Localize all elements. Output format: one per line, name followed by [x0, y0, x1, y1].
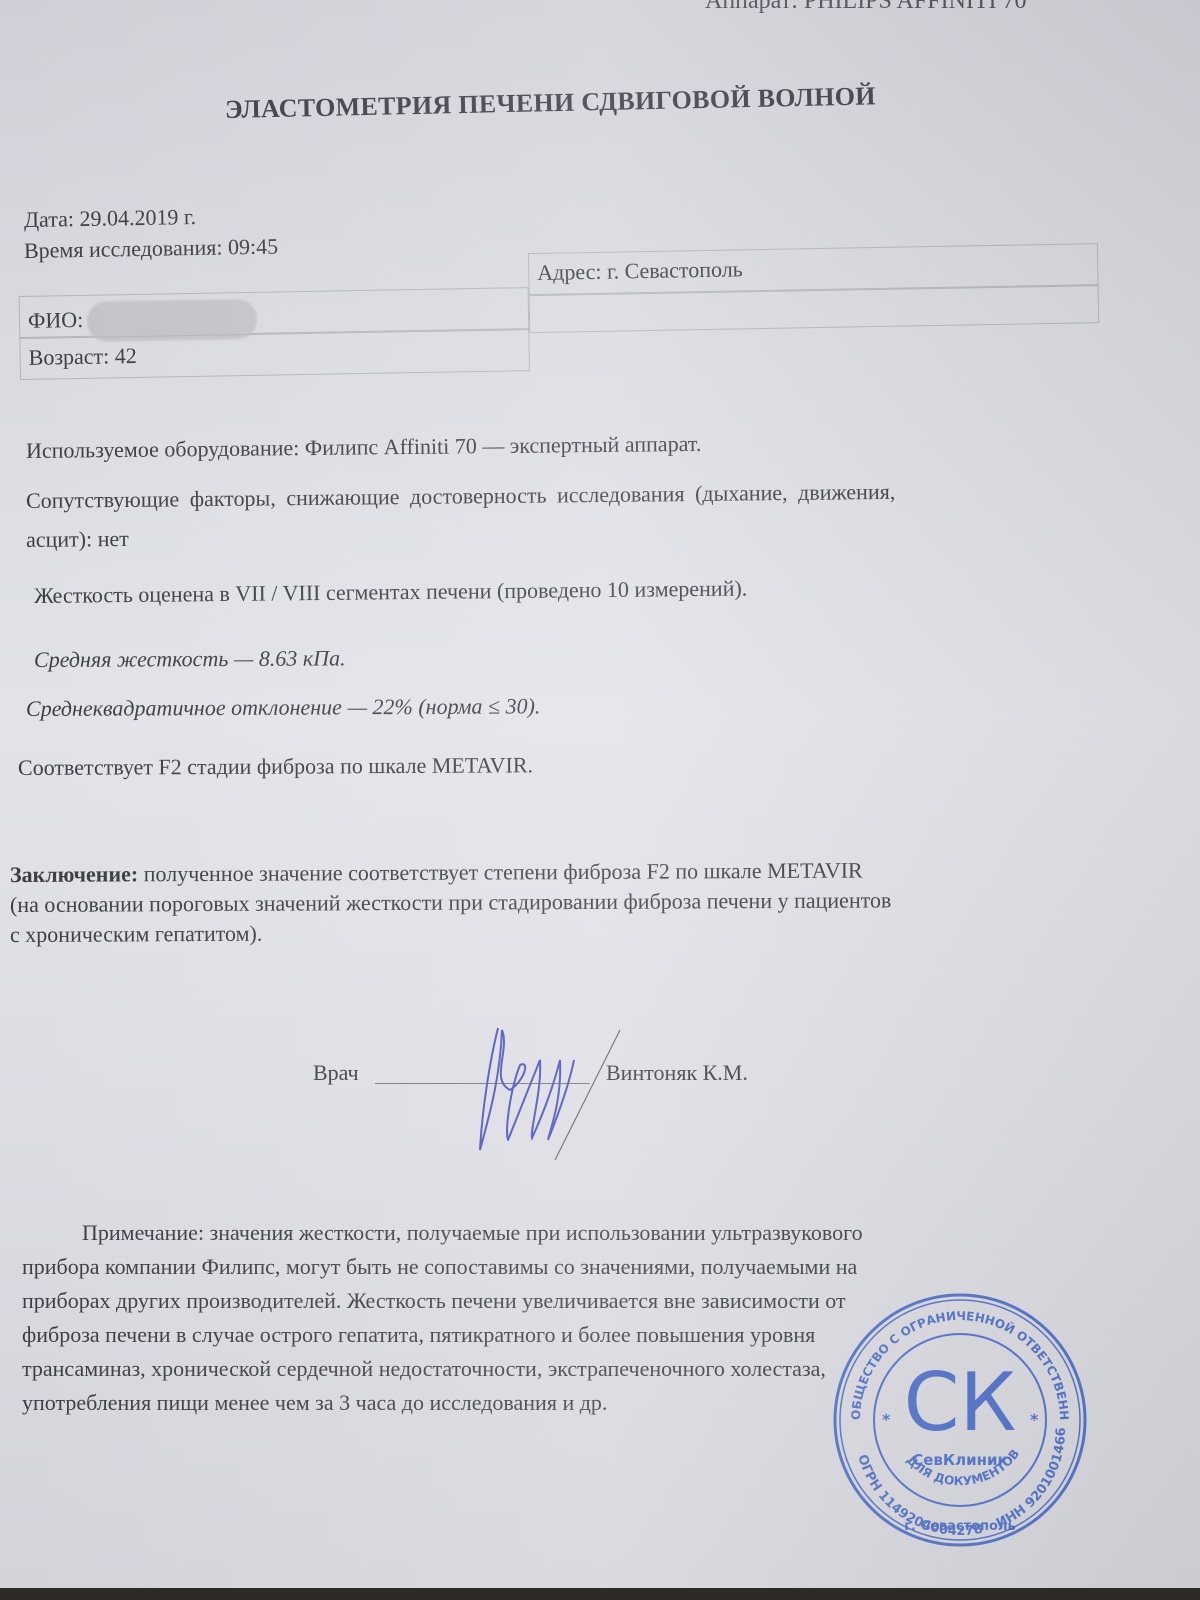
- fio-label: ФИО:: [28, 307, 84, 333]
- svg-text:г. Севастополь: г. Севастополь: [904, 1519, 1015, 1534]
- conclusion-line-3: с хроническим гепатитом).: [10, 921, 262, 948]
- rms-deviation: Среднеквадратичное отклонение — 22% (нор…: [26, 693, 541, 722]
- conclusion-label: Заключение:: [10, 861, 138, 887]
- mean-stiffness: Средняя жесткость — 8.63 кПа.: [34, 645, 346, 673]
- conclusion-text: полученное значение соответствует степен…: [138, 858, 863, 887]
- handwritten-signature: [470, 1020, 630, 1160]
- document-page: Аппарат: PHILIPS AFFINITI 70 ЭЛАСТОМЕТРИ…: [0, 0, 1200, 1588]
- svg-text:СК: СК: [904, 1356, 1017, 1449]
- fibrosis-stage: Соответствует F2 стадии фиброза по шкале…: [18, 752, 533, 781]
- address-text: Адрес: г. Севастополь: [537, 256, 743, 285]
- patient-info-table: ФИО: Адрес: г. Севастополь Возраст: 42: [18, 243, 1100, 380]
- svg-text:*: *: [1030, 1410, 1039, 1429]
- table-surface: [0, 1588, 1200, 1600]
- signature-role: Врач: [313, 1060, 359, 1086]
- segments-line: Жесткость оценена в VII / VIII сегментах…: [34, 576, 747, 609]
- svg-text:*: *: [882, 1410, 891, 1429]
- age-cell: Возраст: 42: [19, 329, 530, 380]
- clipped-header-text: Аппарат: PHILIPS AFFINITI 70: [705, 0, 1027, 15]
- conclusion-line-2: (на основании пороговых значений жесткос…: [10, 887, 892, 918]
- svg-text:СевКлиник: СевКлиник: [912, 1451, 1008, 1469]
- factors-line-2: асцит): нет: [26, 526, 129, 553]
- document-title: ЭЛАСТОМЕТРИЯ ПЕЧЕНИ СДВИГОВОЙ ВОЛНОЙ: [225, 81, 876, 125]
- conclusion-line-1: Заключение: полученное значение соответс…: [10, 858, 863, 888]
- clinic-stamp: ОБЩЕСТВО С ОГРАНИЧЕННОЙ ОТВЕТСТВЕННОСТЬЮ…: [830, 1290, 1090, 1550]
- note-line-2: прибора компании Филипс, могут быть не с…: [22, 1250, 1110, 1284]
- equipment-line: Используемое оборудование: Филипс Affini…: [26, 431, 702, 464]
- factors-line-1: Сопутствующие факторы, снижающие достове…: [26, 479, 896, 514]
- exam-date: Дата: 29.04.2019 г.: [24, 204, 196, 233]
- note-line-1: Примечание: значения жесткости, получаем…: [22, 1216, 1110, 1250]
- age-text: Возраст: 42: [28, 343, 137, 370]
